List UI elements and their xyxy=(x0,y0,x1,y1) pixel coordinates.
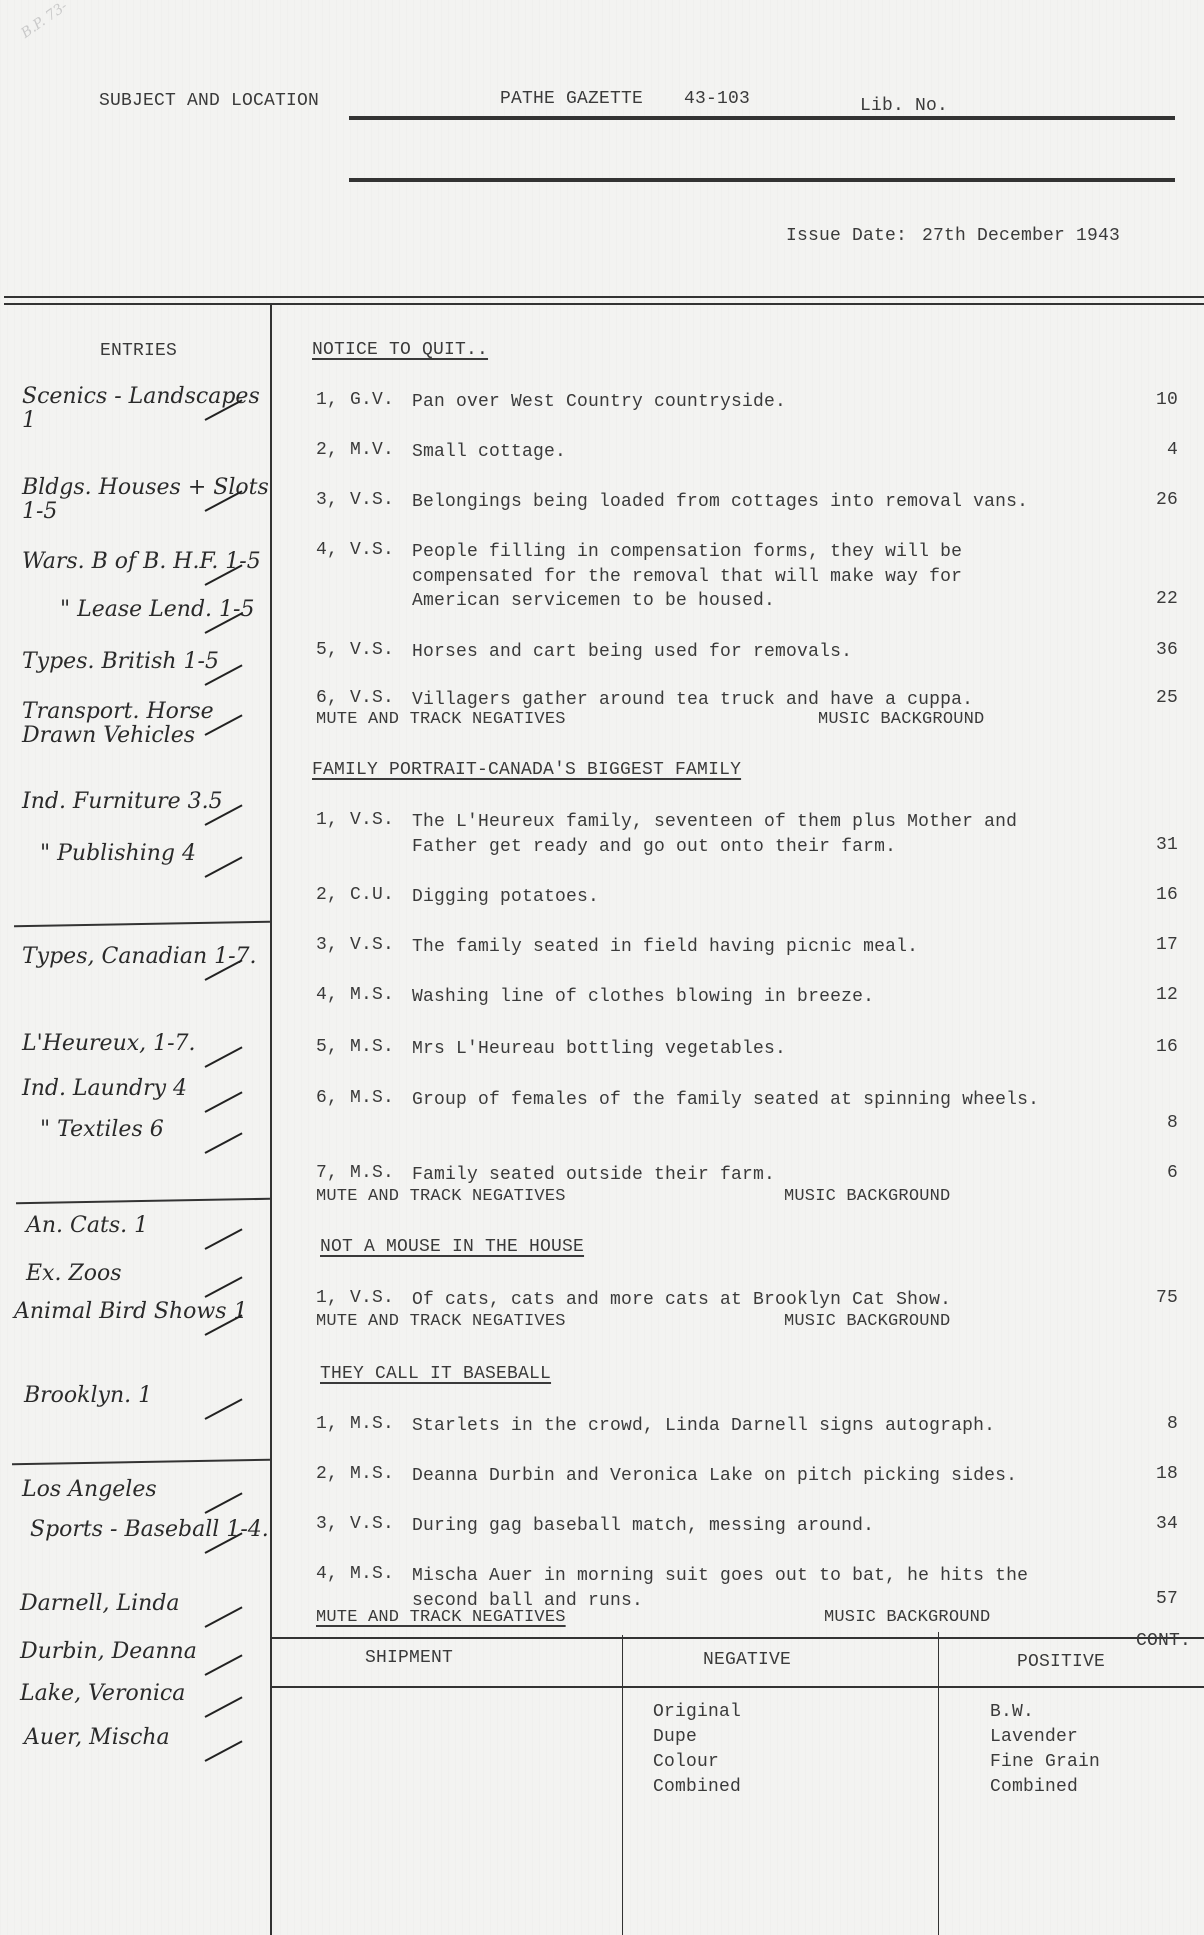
shot-number: 6, xyxy=(316,688,338,708)
check-mark-icon xyxy=(205,1740,243,1761)
shot-number: 3, xyxy=(316,935,338,955)
shot-description: Starlets in the crowd, Linda Darnell sig… xyxy=(412,1414,995,1439)
footer-divider-1 xyxy=(622,1635,623,1935)
positive-option: B.W. xyxy=(990,1700,1100,1725)
subject-location-label: SUBJECT AND LOCATION xyxy=(99,91,319,111)
shot-number: 6, xyxy=(316,1088,338,1108)
positive-option: Combined xyxy=(990,1775,1100,1800)
check-mark-icon xyxy=(205,1132,243,1153)
sound-note: MUSIC BACKGROUND xyxy=(784,1312,950,1331)
handwritten-entry: Scenics - Landscapes 1 xyxy=(22,385,280,433)
handwritten-entry: Animal Bird Shows 1 xyxy=(14,1300,248,1324)
shot-description: Of cats, cats and more cats at Brooklyn … xyxy=(412,1288,951,1313)
shot-number: 5, xyxy=(316,640,338,660)
shot-description: Villagers gather around tea truck and ha… xyxy=(412,688,973,713)
shot-type: M.S. xyxy=(350,985,394,1005)
handwritten-entry: " Textiles 6 xyxy=(40,1118,164,1142)
footer-divider-2 xyxy=(938,1632,939,1935)
handwritten-entry: Types, Canadian 1-7. xyxy=(22,945,257,969)
shot-number: 1, xyxy=(316,1288,338,1308)
entries-heading: ENTRIES xyxy=(100,341,177,361)
entries-column-divider xyxy=(270,303,272,1935)
shot-number: 3, xyxy=(316,1514,338,1534)
shot-footage: 57 xyxy=(1156,1589,1178,1609)
handwritten-entry: Los Angeles xyxy=(22,1478,157,1502)
negative-options: OriginalDupeColourCombined xyxy=(653,1700,741,1800)
shot-description: Mrs L'Heureau bottling vegetables. xyxy=(412,1037,786,1062)
negative-label: NEGATIVE xyxy=(703,1650,791,1670)
shot-description: The L'Heureux family, seventeen of them … xyxy=(412,810,1017,859)
negatives-note: MUTE AND TRACK NEGATIVES xyxy=(316,710,566,729)
check-mark-icon xyxy=(205,1091,243,1112)
shot-type: V.S. xyxy=(350,688,394,708)
shot-type: V.S. xyxy=(350,1288,394,1308)
handwritten-entry: Brooklyn. 1 xyxy=(24,1384,152,1408)
shot-footage: 4 xyxy=(1167,440,1178,460)
check-mark-icon xyxy=(205,1696,243,1717)
shot-footage: 31 xyxy=(1156,835,1178,855)
story-title: NOT A MOUSE IN THE HOUSE xyxy=(320,1237,584,1257)
shot-type: V.S. xyxy=(350,640,394,660)
negative-option: Colour xyxy=(653,1750,741,1775)
shot-description: Washing line of clothes blowing in breez… xyxy=(412,985,874,1010)
continued-label: CONT. xyxy=(1136,1631,1191,1651)
handwritten-entry: Darnell, Linda xyxy=(20,1592,180,1616)
shot-number: 2, xyxy=(316,1464,338,1484)
shot-description: Digging potatoes. xyxy=(412,885,599,910)
check-mark-icon xyxy=(205,1654,243,1675)
shot-footage: 36 xyxy=(1156,640,1178,660)
shot-footage: 17 xyxy=(1156,935,1178,955)
shot-type: G.V. xyxy=(350,390,394,410)
shot-footage: 22 xyxy=(1156,589,1178,609)
shot-number: 5, xyxy=(316,1037,338,1057)
sound-note: MUSIC BACKGROUND xyxy=(784,1187,950,1206)
handwritten-entry: Types. British 1-5 xyxy=(22,650,219,674)
handwritten-entry: Wars. B of B. H.F. 1-5 xyxy=(22,550,261,574)
shipment-label: SHIPMENT xyxy=(365,1648,453,1668)
handwritten-entry: An. Cats. 1 xyxy=(26,1214,148,1238)
positive-option: Fine Grain xyxy=(990,1750,1100,1775)
footer-header-rule xyxy=(272,1686,1204,1688)
shot-type: V.S. xyxy=(350,1514,394,1534)
story-title: THEY CALL IT BASEBALL xyxy=(320,1364,551,1384)
entries-divider-2 xyxy=(16,1198,270,1204)
shot-description: During gag baseball match, messing aroun… xyxy=(412,1514,874,1539)
handwritten-entry: " Lease Lend. 1-5 xyxy=(60,598,254,622)
stories-list: NOTICE TO QUIT..1,G.V.Pan over West Coun… xyxy=(312,0,1192,1935)
negative-option: Dupe xyxy=(653,1725,741,1750)
shot-description: The family seated in field having picnic… xyxy=(412,935,918,960)
shot-type: M.S. xyxy=(350,1163,394,1183)
shot-footage: 16 xyxy=(1156,885,1178,905)
check-mark-icon xyxy=(205,1276,243,1297)
check-mark-icon xyxy=(205,1606,243,1627)
shot-description: Deanna Durbin and Veronica Lake on pitch… xyxy=(412,1464,1017,1489)
shot-number: 1, xyxy=(316,810,338,830)
story-title: NOTICE TO QUIT.. xyxy=(312,340,488,360)
shot-footage: 16 xyxy=(1156,1037,1178,1057)
handwritten-entry: L'Heureux, 1-7. xyxy=(22,1032,196,1056)
positive-option: Lavender xyxy=(990,1725,1100,1750)
shot-description: Small cottage. xyxy=(412,440,566,465)
shot-description: Mischa Auer in morning suit goes out to … xyxy=(412,1564,1028,1613)
shot-type: M.S. xyxy=(350,1037,394,1057)
shot-description: People filling in compensation forms, th… xyxy=(412,540,962,614)
negative-option: Original xyxy=(653,1700,741,1725)
shot-type: M.S. xyxy=(350,1414,394,1434)
shot-footage: 12 xyxy=(1156,985,1178,1005)
handwritten-entry: Lake, Veronica xyxy=(20,1682,185,1706)
footer-top-rule xyxy=(272,1637,1204,1639)
entries-divider-3 xyxy=(12,1459,270,1466)
shot-number: 4, xyxy=(316,985,338,1005)
handwritten-entry: Ex. Zoos xyxy=(26,1262,122,1286)
shot-type: V.S. xyxy=(350,935,394,955)
shot-footage: 34 xyxy=(1156,1514,1178,1534)
shot-type: V.S. xyxy=(350,490,394,510)
entries-divider-1 xyxy=(14,921,270,927)
handwritten-entry: Ind. Furniture 3.5 xyxy=(22,790,223,814)
shot-number: 2, xyxy=(316,885,338,905)
shot-number: 4, xyxy=(316,540,338,560)
shot-type: M.S. xyxy=(350,1564,394,1584)
shot-footage: 10 xyxy=(1156,390,1178,410)
check-mark-icon xyxy=(205,1398,243,1419)
shot-footage: 8 xyxy=(1167,1113,1178,1133)
negatives-note: MUTE AND TRACK NEGATIVES xyxy=(316,1187,566,1206)
shot-number: 3, xyxy=(316,490,338,510)
handwritten-entry: " Publishing 4 xyxy=(40,842,196,866)
shot-type: M.S. xyxy=(350,1088,394,1108)
handwritten-entry: Durbin, Deanna xyxy=(20,1640,197,1664)
positive-label: POSITIVE xyxy=(1017,1652,1105,1672)
shot-number: 1, xyxy=(316,390,338,410)
shot-description: Pan over West Country countryside. xyxy=(412,390,786,415)
check-mark-icon xyxy=(205,1046,243,1067)
shot-footage: 18 xyxy=(1156,1464,1178,1484)
shot-type: V.S. xyxy=(350,540,394,560)
shot-number: 2, xyxy=(316,440,338,460)
shot-type: V.S. xyxy=(350,810,394,830)
shot-description: Group of females of the family seated at… xyxy=(412,1088,1039,1113)
shot-footage: 26 xyxy=(1156,490,1178,510)
sound-note: MUSIC BACKGROUND xyxy=(824,1608,990,1627)
shot-number: 4, xyxy=(316,1564,338,1584)
negative-option: Combined xyxy=(653,1775,741,1800)
shot-description: Family seated outside their farm. xyxy=(412,1163,775,1188)
corner-pencil-note: B.P. 73- xyxy=(18,0,70,42)
positive-options: B.W.LavenderFine GrainCombined xyxy=(990,1700,1100,1800)
sound-note: MUSIC BACKGROUND xyxy=(818,710,984,729)
shot-footage: 6 xyxy=(1167,1163,1178,1183)
shot-type: M.V. xyxy=(350,440,394,460)
shot-description: Belongings being loaded from cottages in… xyxy=(412,490,1028,515)
shot-footage: 25 xyxy=(1156,688,1178,708)
check-mark-icon xyxy=(205,1492,243,1513)
negatives-note: MUTE AND TRACK NEGATIVES xyxy=(316,1608,566,1627)
shot-number: 1, xyxy=(316,1414,338,1434)
handwritten-entry: Auer, Mischa xyxy=(24,1726,170,1750)
shot-description: Horses and cart being used for removals. xyxy=(412,640,852,665)
story-title: FAMILY PORTRAIT-CANADA'S BIGGEST FAMILY xyxy=(312,760,741,780)
shot-footage: 8 xyxy=(1167,1414,1178,1434)
negatives-note: MUTE AND TRACK NEGATIVES xyxy=(316,1312,566,1331)
shot-footage: 75 xyxy=(1156,1288,1178,1308)
handwritten-entry: Bldgs. Houses + Slots 1-5 xyxy=(22,476,280,524)
shot-number: 7, xyxy=(316,1163,338,1183)
shot-type: C.U. xyxy=(350,885,394,905)
shot-type: M.S. xyxy=(350,1464,394,1484)
handwritten-entry: Transport. Horse Drawn Vehicles xyxy=(22,700,280,748)
check-mark-icon xyxy=(205,1228,243,1249)
check-mark-icon xyxy=(205,856,243,877)
handwritten-entry: Ind. Laundry 4 xyxy=(22,1077,187,1101)
